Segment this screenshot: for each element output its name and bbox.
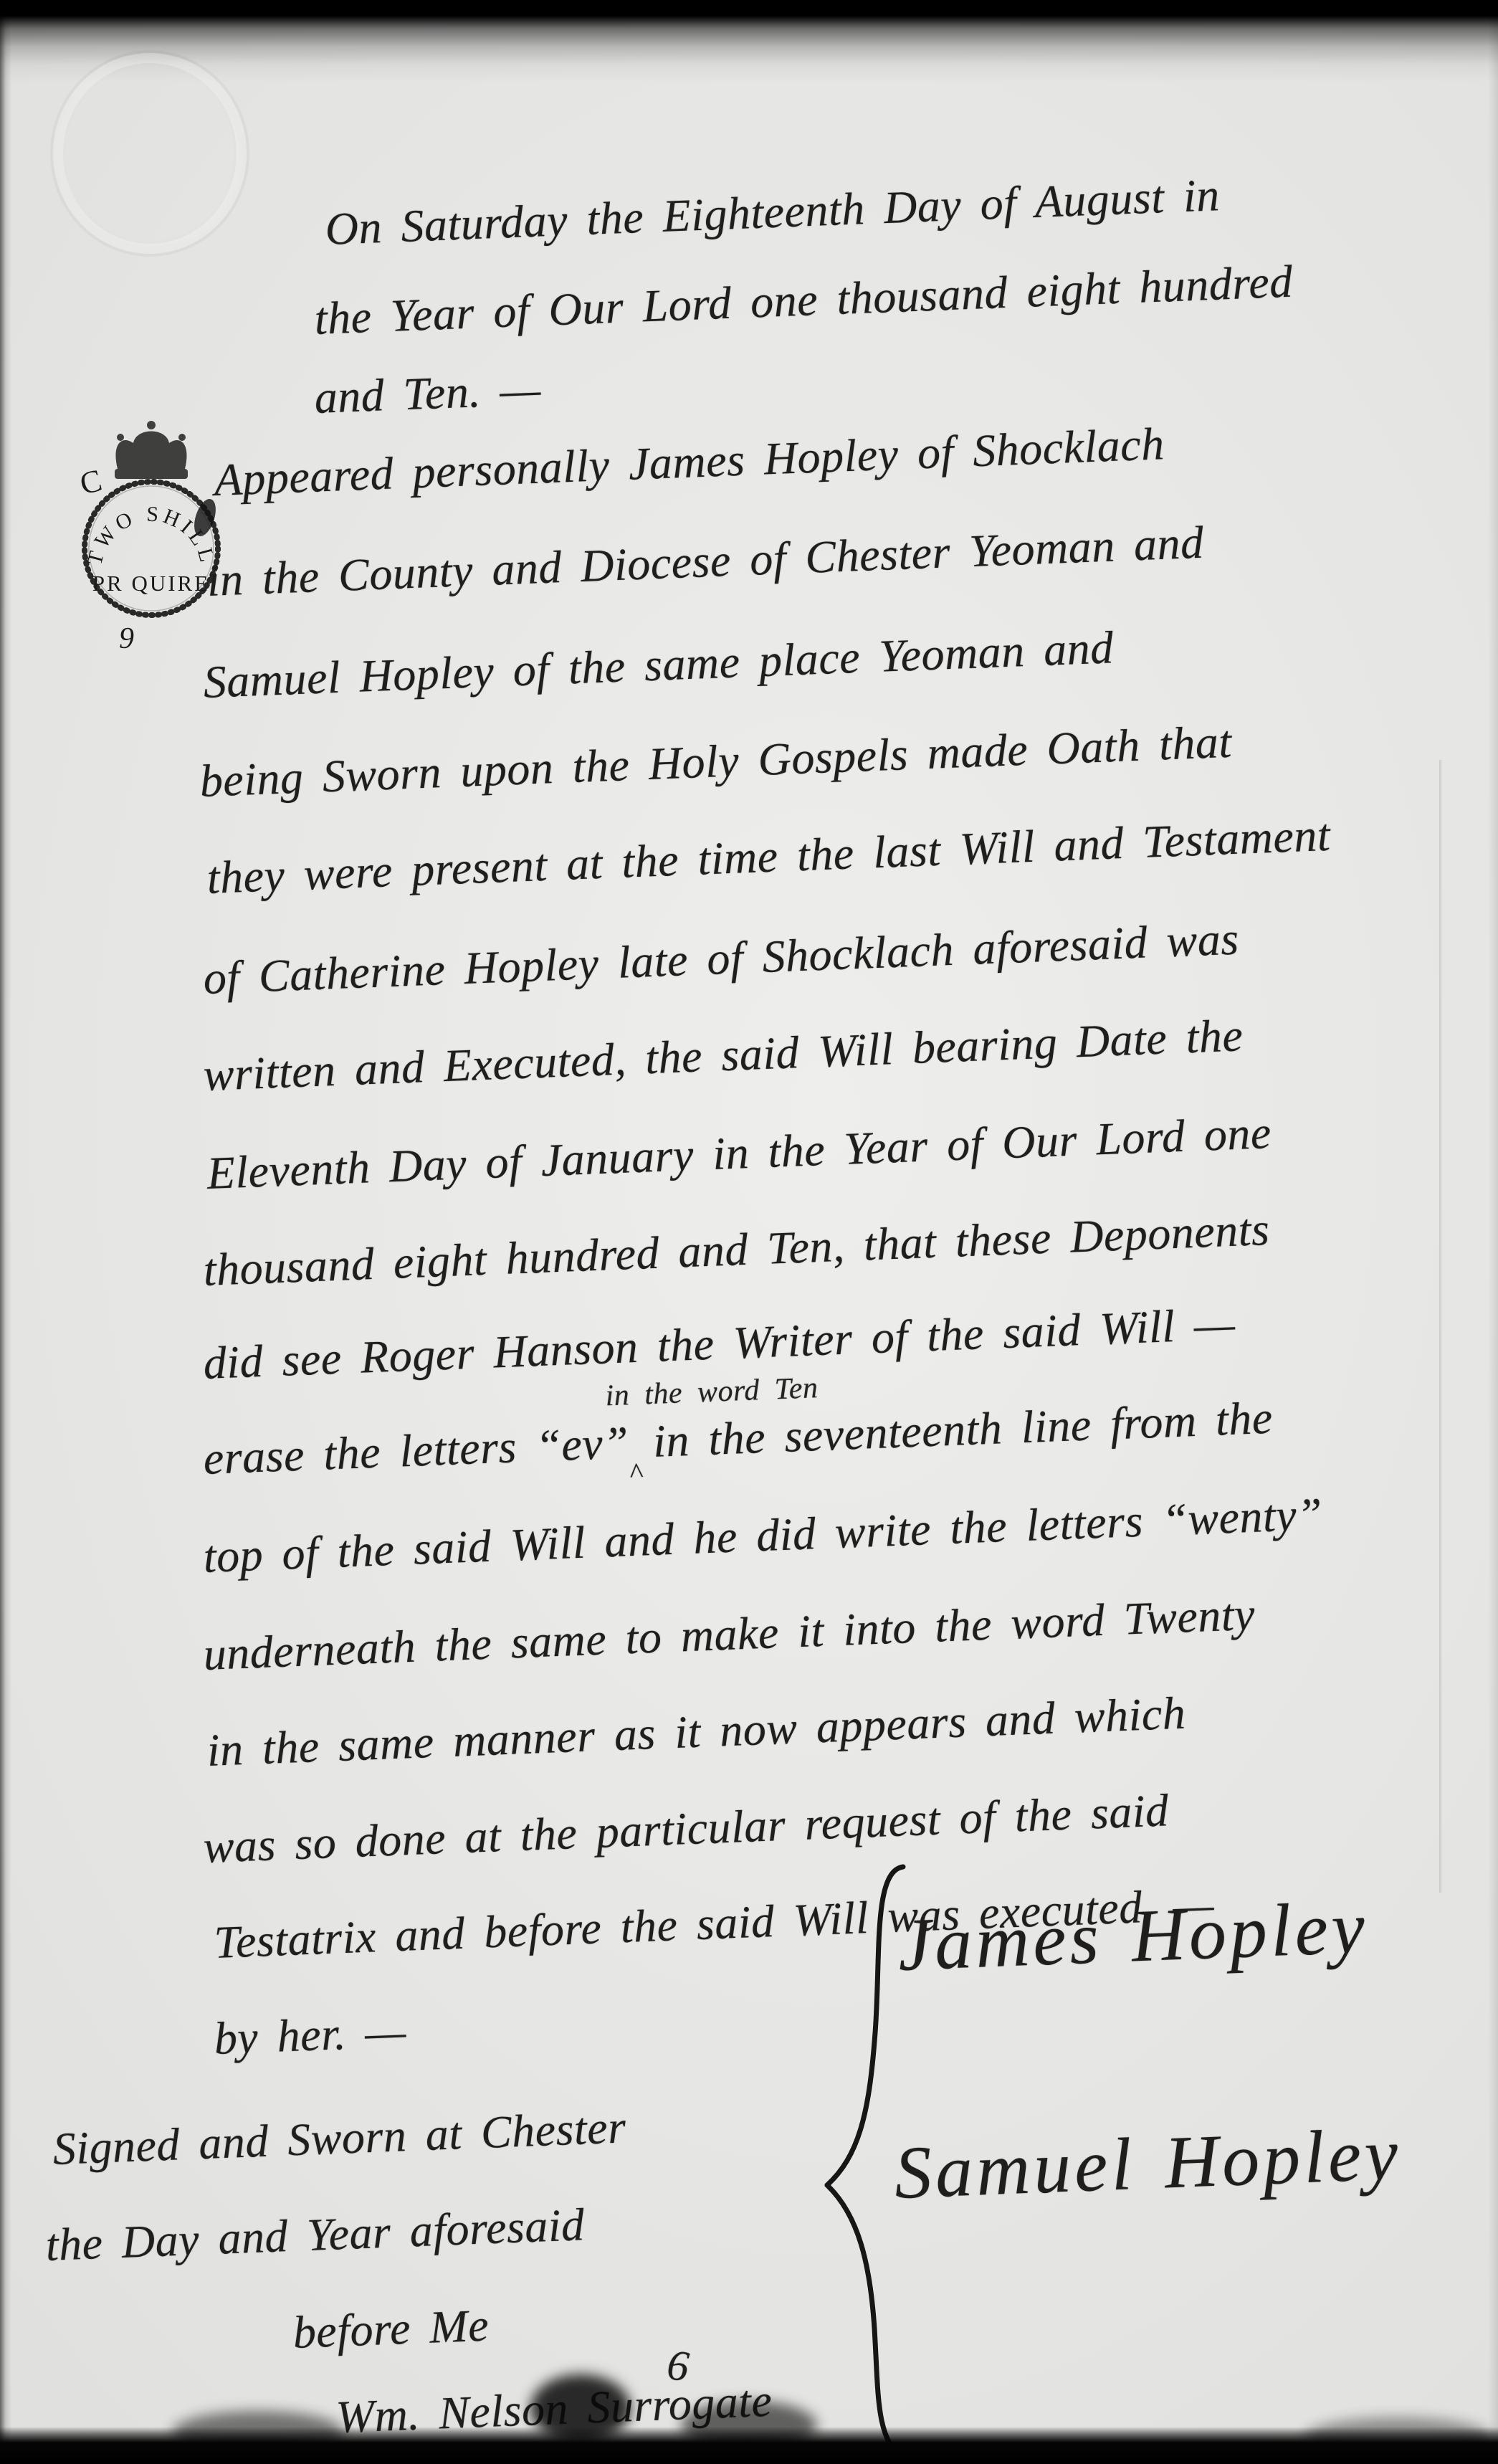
- manuscript-line: of Catherine Hopley late of Shocklach af…: [203, 916, 1240, 1002]
- manuscript-line: by her. —: [214, 2009, 407, 2062]
- insertion-point: in the word Ten^: [629, 1450, 654, 1457]
- signature-james-hopley: James Hopley: [897, 1890, 1370, 1983]
- manuscript-line: was so done at the particular request of…: [203, 1787, 1170, 1870]
- manuscript-line: in the County and Diocese of Chester Yeo…: [206, 520, 1205, 604]
- manuscript-line: being Sworn upon the Holy Gospels made O…: [199, 719, 1233, 804]
- manuscript-line: written and Executed, the said Will bear…: [203, 1012, 1244, 1098]
- revenue-stamp: TWO SHILL PR QUIRE C 9: [70, 410, 232, 657]
- scan-border-left: [0, 0, 11, 2464]
- manuscript-line: Samuel Hopley of the same place Yeoman a…: [203, 624, 1115, 705]
- attestation-line: before Me: [292, 2303, 490, 2356]
- caret-mark: ^: [629, 1458, 644, 1488]
- scan-border-bottom: [0, 2427, 1498, 2464]
- manuscript-line: On Saturday the Eighteenth Day of August…: [325, 172, 1221, 252]
- manuscript-line: thousand eight hundred and Ten, that the…: [203, 1207, 1271, 1293]
- scan-border-top: [0, 0, 1498, 82]
- manuscript-line: in the same manner as it now appears and…: [206, 1690, 1187, 1774]
- manuscript-line: underneath the same to make it into the …: [203, 1592, 1256, 1678]
- signature-samuel-hopley: Samuel Hopley: [893, 2117, 1403, 2211]
- stamp-inner-text: PR QUIRE: [92, 571, 210, 596]
- attestation-line: the Day and Year aforesaid: [45, 2202, 586, 2268]
- manuscript-line: did see Roger Hanson the Writer of the s…: [203, 1301, 1236, 1386]
- stamp-side-letter: C: [77, 462, 105, 502]
- erase-line-pre: erase the letters “ev”: [202, 1417, 629, 1484]
- interlinear-insertion: in the word Ten: [605, 1373, 819, 1411]
- scanned-document-page: TWO SHILL PR QUIRE C 9 On Saturday the E…: [0, 0, 1498, 2464]
- manuscript-line: and Ten. —: [314, 366, 542, 421]
- manuscript-line-with-insertion: erase the letters “ev”in the word Ten^in…: [203, 1395, 1274, 1482]
- crown-icon: [115, 421, 188, 479]
- paper-crease: [1439, 760, 1442, 1893]
- embossed-seal: [50, 50, 249, 257]
- stamp-bottom-number: 9: [119, 622, 134, 655]
- scan-border-right: [1488, 0, 1498, 2464]
- attestation-line: Signed and Sworn at Chester: [52, 2104, 627, 2172]
- revenue-stamp-graphic: TWO SHILL PR QUIRE C 9: [70, 410, 232, 657]
- manuscript-line: top of the said Will and he did write th…: [203, 1491, 1324, 1580]
- manuscript-line: Eleventh Day of January in the Year of O…: [206, 1110, 1272, 1197]
- manuscript-line: Appeared personally James Hopley of Shoc…: [214, 421, 1165, 503]
- manuscript-line: the Year of Our Lord one thousand eight …: [314, 259, 1294, 342]
- page-mark: 6: [665, 2343, 692, 2388]
- manuscript-line: they were present at the time the last W…: [206, 812, 1332, 901]
